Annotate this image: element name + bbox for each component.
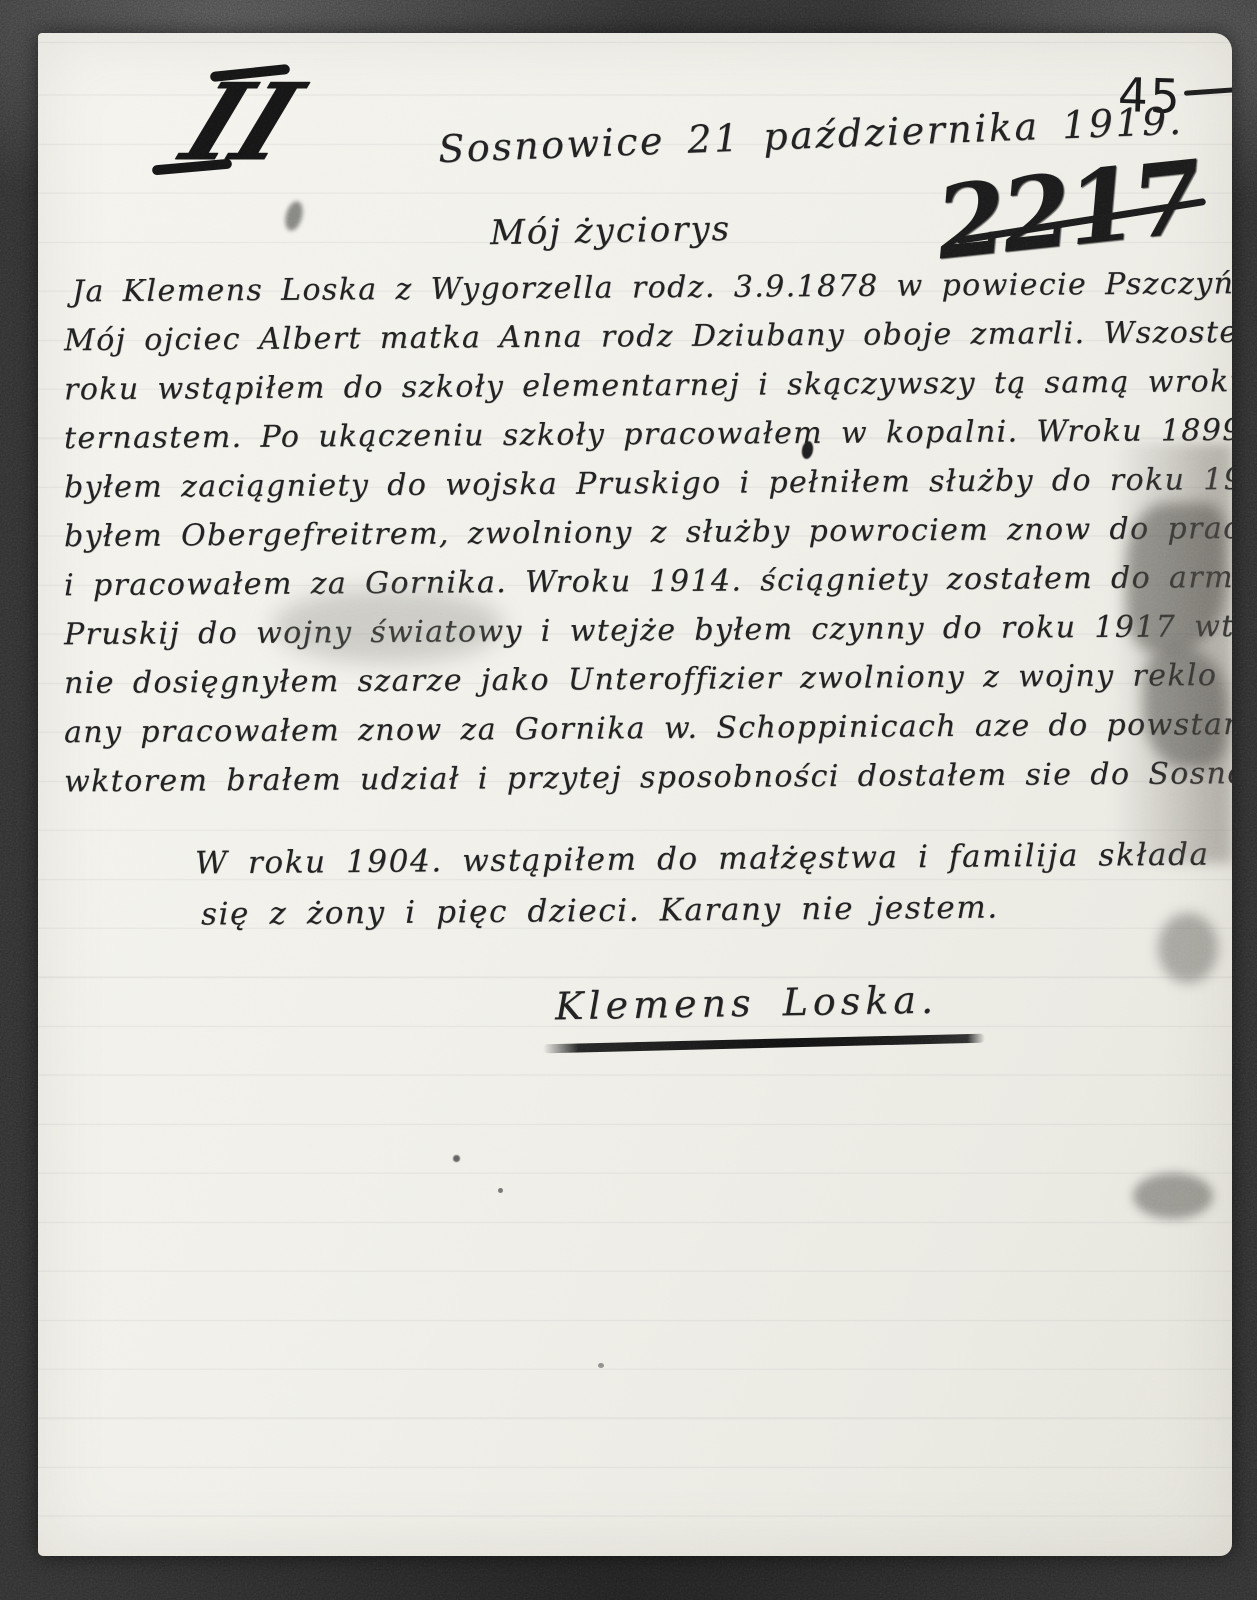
closing-line: się z żony i pięc dzieci. Karany nie jes… — [201, 890, 999, 933]
document-title: Mój życiorys — [490, 209, 732, 253]
document-paper: II 45 Sosnowice 21 października 1919. 22… — [38, 33, 1232, 1556]
scanned-document-page: II 45 Sosnowice 21 października 1919. 22… — [0, 0, 1257, 1600]
signature: Klemens Loska. — [555, 978, 939, 1029]
section-marker: II — [148, 66, 318, 216]
section-marker-numeral: II — [172, 72, 312, 173]
